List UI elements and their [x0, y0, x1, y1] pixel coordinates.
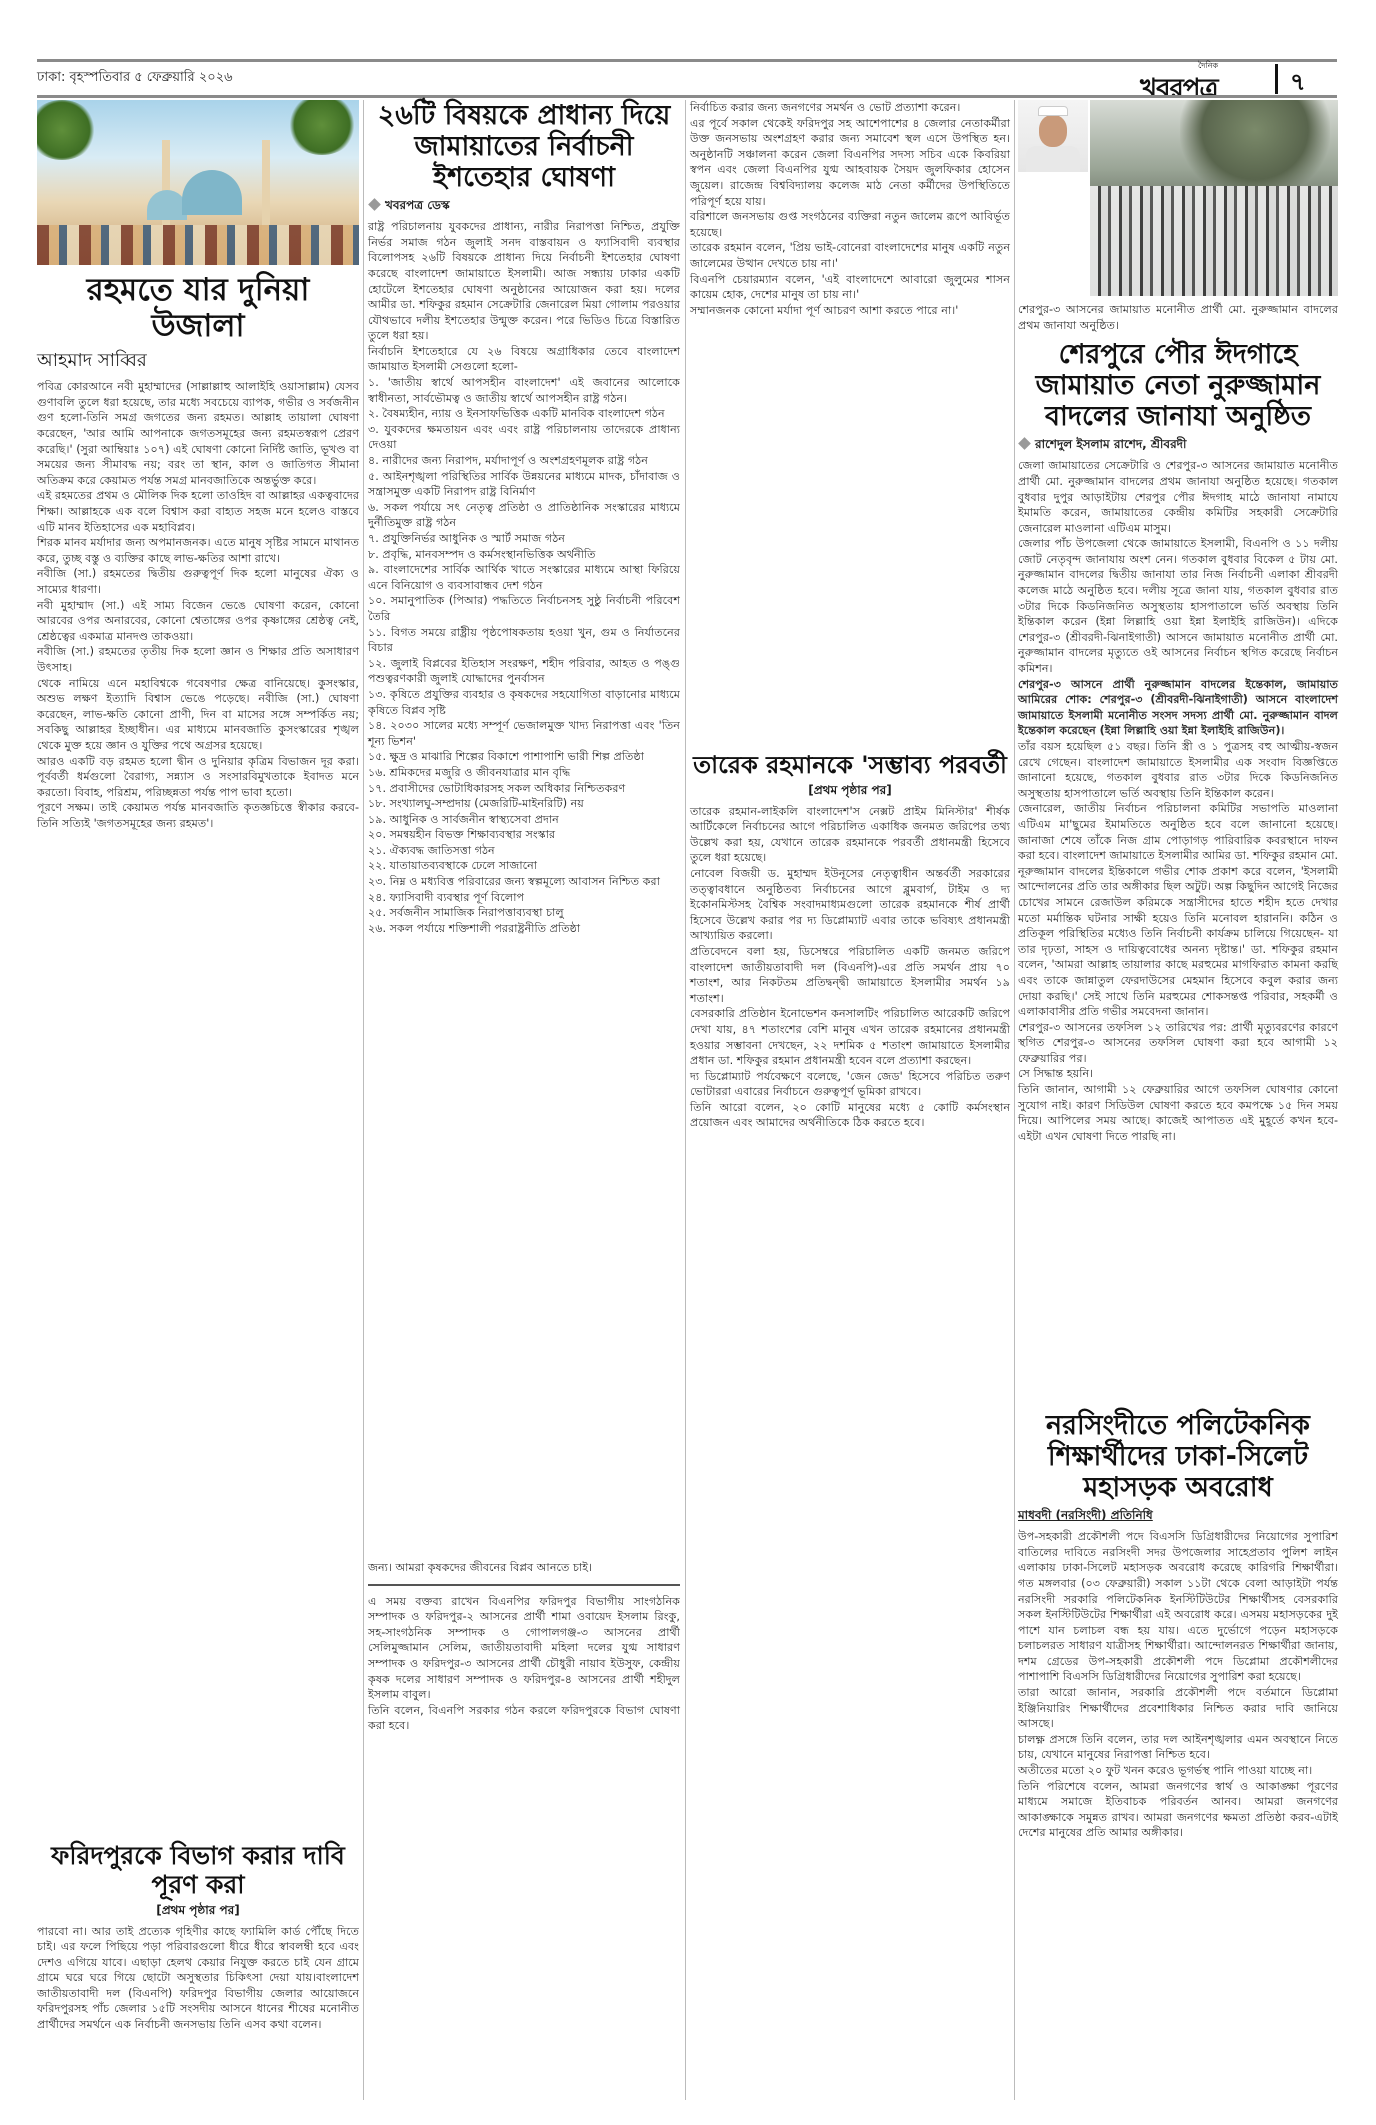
paragraph: তিনি আরো বলেন, ২০ কোটি মানুষের মধ্যে ৫ ক… — [690, 1100, 1010, 1131]
list-item: ২৬. সকল পর্যায়ে শক্তিশালী পররাষ্ট্রনীতি… — [368, 921, 680, 937]
column-divider — [363, 100, 364, 2100]
article-faridpur-continued: জন্য। আমরা কৃষকদের জীবনের বিপ্লব আনতে চা… — [368, 1560, 680, 1734]
page-number: ৭ — [1290, 64, 1306, 104]
paragraph: পবিত্র কোরআনে নবী মুহাম্মাদের (সাল্লাল্ল… — [37, 379, 359, 488]
portrait-photo — [1018, 100, 1088, 172]
paragraph: নবীজি (সা.) রহমতের দ্বিতীয় গুরুত্বপূর্ণ… — [37, 566, 359, 597]
list-item: ২৪. ফ্যাসিবাদী ব্যবস্থার পূর্ণ বিলোপ — [368, 890, 680, 906]
diamond-icon — [1018, 437, 1031, 450]
article-tarique-rahman: তারেক রহমানকে 'সম্ভাব্য পরবর্তী [প্রথম প… — [690, 752, 1010, 1131]
masthead-logo: দৈনিক খবরপত্র — [1140, 64, 1270, 94]
column-divider — [685, 100, 686, 2100]
list-item: ১০. সমানুপাতিক (পিআর) পদ্ধতিতে নির্বাচনস… — [368, 593, 680, 624]
list-item: ৪. নারীদের জন্য নিরাপদ, মর্যাদাপূর্ণ ও অ… — [368, 453, 680, 469]
continued-label: [প্রথম পৃষ্ঠার পর] — [690, 782, 1010, 802]
article-headline: ফরিদপুরকে বিভাগ করার দাবি পূরণ করা — [37, 1842, 359, 1900]
continued-label: [প্রথম পৃষ্ঠার পর] — [37, 1902, 359, 1922]
byline-text: রাশেদুল ইসলাম রাশেদ, শ্রীবরদী — [1035, 437, 1186, 451]
paragraph: নবী মুহাম্মাদ (সা.) এই সাম্য বিজেন ভেঙে … — [37, 598, 359, 645]
masthead-divider — [1275, 64, 1278, 94]
list-item: ১৭. প্রবাসীদের ভোটাধিকারসহ সকল অধিকার নি… — [368, 781, 680, 797]
article-body: উপ-সহকারী প্রকৌশলী পদে বিএসসি ডিগ্রিধারী… — [1018, 1529, 1338, 1841]
article-headline: ২৬টি বিষয়কে প্রাধান্য দিয়ে জামায়াতের … — [368, 100, 680, 193]
paragraph: তারেক রহমান বলেন, 'প্রিয় ভাই-বোনেরা বাং… — [690, 240, 1010, 271]
list-item: ১৬. শ্রমিকদের মজুরি ও জীবনযাত্রার মান বৃ… — [368, 765, 680, 781]
paragraph: থেকে নামিয়ে এনে মহাবিশ্বকে গবেষণার ক্ষে… — [37, 676, 359, 754]
funeral-crowd-photo — [1090, 100, 1338, 296]
paragraph: দ্য ডিপ্লোম্যাট পর্যবেক্ষণে বলেছে, 'জেন … — [690, 1069, 1010, 1100]
article-rahmat: রহমতে যার দুনিয়া উজালা আহমাদ সাব্বির পব… — [37, 100, 359, 832]
paragraph: বেসরকারি প্রতিষ্ঠান ইনোভেশন কনসালটিং পরি… — [690, 1006, 1010, 1068]
article-body: জেলা জামায়াতের সেক্রেটারি ও শেরপুর-৩ আস… — [1018, 458, 1338, 1144]
byline: মাধবদী (নরসিংদী) প্রতিনিধি — [1018, 1507, 1338, 1527]
diamond-icon — [368, 198, 381, 211]
article-sherpur-funeral: শেরপুর-৩ আসনের জামায়াত মনোনীত প্রার্থী … — [1018, 302, 1338, 1144]
paragraph: নবীজি (সা.) রহমতের তৃতীয় দিক হলো জ্ঞান … — [37, 644, 359, 675]
paragraph: উপ-সহকারী প্রকৌশলী পদে বিএসসি ডিগ্রিধারী… — [1018, 1529, 1338, 1685]
list-item: ১৪. ২০৩০ সালের মধ্যে সম্পূর্ণ ভেজালমুক্ত… — [368, 718, 680, 749]
paragraph: তিনি বলেন, বিএনপি সরকার গঠন করলে ফরিদপুর… — [368, 1703, 680, 1734]
paragraph: অতীতের মতো ২০ ফুট খনন করেও ভূগর্ভস্থ পান… — [1018, 1763, 1338, 1779]
paragraph: জন্য। আমরা কৃষকদের জীবনের বিপ্লব আনতে চা… — [368, 1560, 680, 1576]
list-item: ৩. যুবকদের ক্ষমতায়ন এবং এবং রাষ্ট্র পরি… — [368, 422, 680, 453]
article-author: আহমাদ সাব্বির — [37, 346, 359, 377]
photo-caption: শেরপুর-৩ আসনের জামায়াত মনোনীত প্রার্থী … — [1018, 302, 1338, 333]
article-body: জন্য। আমরা কৃষকদের জীবনের বিপ্লব আনতে চা… — [368, 1560, 680, 1576]
article-headline: নরসিংদীতে পলিটেকনিক শিক্ষার্থীদের ঢাকা-স… — [1018, 1410, 1338, 1503]
list-item: ২৩. নিম্ন ও মধ্যবিত্ত পরিবারের জন্য স্বল… — [368, 874, 680, 890]
list-item: ১২. জুলাই বিপ্লবের ইতিহাস সংরক্ষণ, শহীদ … — [368, 656, 680, 687]
paragraph: চালক্ষ্ণ প্রসঙ্গে তিনি বলেন, তার দল আইনশ… — [1018, 1732, 1338, 1763]
list-item: ২. বৈষম্যহীন, ন্যায় ও ইনসাফভিত্তিক একটি… — [368, 406, 680, 422]
list-item: ২১. ঐক্যবদ্ধ জাতিসত্তা গঠন — [368, 843, 680, 859]
paragraph: জেনারেল, জাতীয় নির্বাচন পরিচালনা কমিটির… — [1018, 801, 1338, 1019]
paragraph: নোবেল বিজয়ী ড. মুহাম্মদ ইউনূসের নেতৃত্ব… — [690, 866, 1010, 944]
byline-text: খবরপত্র ডেস্ক — [385, 198, 450, 212]
list-item: ১. 'জাতীয় স্বার্থে আপসহীন বাংলাদেশ' এই … — [368, 375, 680, 406]
list-item: ৯. বাংলাদেশের সার্বিক আর্থিক খাতে সংস্কা… — [368, 562, 680, 593]
paragraph: তিনি পরিশেষে বলেন, আমরা জনগণের স্বার্থ ও… — [1018, 1779, 1338, 1841]
header-rule — [37, 95, 1337, 98]
list-item: ১৯. আধুনিক ও সার্বজনীন স্বাস্থ্যসেবা প্র… — [368, 812, 680, 828]
list-item: ২৫. সর্বজনীন সামাজিক নিরাপত্তাব্যবস্থা চ… — [368, 905, 680, 921]
byline: খবরপত্র ডেস্ক — [368, 197, 680, 217]
paragraph: নির্বাচিত করার জন্য জনগণের সমর্থন ও ভোট … — [690, 100, 1010, 116]
paragraph: তাঁর বয়স হয়েছিল ৫১ বছর। তিনি স্ত্রী ও … — [1018, 739, 1338, 801]
article-body: পারবো না। আর তাই প্রত্যেক গৃহিণীর কাছে ফ… — [37, 1924, 359, 2033]
paragraph: আরও একটি বড় রহমত হলো দ্বীন ও দুনিয়ার ক… — [37, 754, 359, 801]
paragraph: সে সিদ্ধান্ত হয়নি। — [1018, 1066, 1338, 1082]
list-item: ৬. সকল পর্যায়ে সৎ নেতৃত্ব প্রতিষ্ঠা ও প… — [368, 500, 680, 531]
list-item: ৭. প্রযুক্তিনির্ভর আধুনিক ও স্মার্ট সমাজ… — [368, 531, 680, 547]
mosque-illustration-image — [37, 100, 359, 265]
article-body: পবিত্র কোরআনে নবী মুহাম্মাদের (সাল্লাল্ল… — [37, 379, 359, 831]
article-headline: শেরপুরে পৌর ঈদগাহে জামায়াত নেতা নুরুজ্জ… — [1018, 339, 1338, 432]
list-item: ১১. বিগত সময়ে রাষ্ট্রীয় পৃষ্ঠপোষকতায় … — [368, 625, 680, 656]
paragraph: প্রতিবেদনে বলা হয়, ডিসেম্বরে পরিচালিত এ… — [690, 944, 1010, 1006]
list-item: ৮. প্রবৃদ্ধি, মানবসম্পদ ও কর্মসংস্থানভিত… — [368, 547, 680, 563]
section-divider — [368, 1584, 680, 1586]
paragraph: পারবো না। আর তাই প্রত্যেক গৃহিণীর কাছে ফ… — [37, 1924, 359, 2033]
article-body: তারেক রহমান-লাইকলি বাংলাদেশ'স নেক্সট প্র… — [690, 804, 1010, 1131]
article-faridpur: ফরিদপুরকে বিভাগ করার দাবি পূরণ করা [প্রথ… — [37, 1842, 359, 2033]
paragraph: শেরপুর-৩ আসনের তফসিল ১২ তারিখের পর: প্রা… — [1018, 1020, 1338, 1067]
list-item: ১৮. সংখ্যালঘু-সম্প্রদায় (মেজরিটি-মাইনরি… — [368, 796, 680, 812]
paragraph: পূরণে সক্ষম। তাই কেয়ামত পর্যন্ত মানবজাত… — [37, 800, 359, 831]
paragraph: রাষ্ট্র পরিচালনায় যুবকদের প্রাধান্য, না… — [368, 219, 680, 344]
article-jamaat-manifesto: ২৬টি বিষয়কে প্রাধান্য দিয়ে জামায়াতের … — [368, 100, 680, 936]
paragraph: এ সময় বক্তব্য রাখেন বিএনপির ফরিদপুর বিভ… — [368, 1594, 680, 1703]
paragraph: জেলার পাঁচ উপজেলা থেকে জামায়াতে ইসলামী,… — [1018, 536, 1338, 676]
top-rule — [37, 59, 1337, 62]
paragraph: তারেক রহমান-লাইকলি বাংলাদেশ'স নেক্সট প্র… — [690, 804, 1010, 866]
article-body: রাষ্ট্র পরিচালনায় যুবকদের প্রাধান্য, না… — [368, 219, 680, 936]
list-item: ২০. সমন্বয়হীন বিভক্ত শিক্ষাব্যবস্থার সং… — [368, 827, 680, 843]
list-item: ১৩. কৃষিতে প্রযুক্তির ব্যবহার ও কৃষকদের … — [368, 687, 680, 718]
paragraph: বরিশালে জনসভায় গুপ্ত সংগঠনের ব্যক্তিরা … — [690, 209, 1010, 240]
list-item: ২২. যাতায়াতব্যবস্থাকে ঢেলে সাজানো — [368, 858, 680, 874]
byline: রাশেদুল ইসলাম রাশেদ, শ্রীবরদী — [1018, 436, 1338, 456]
paragraph: বিএনপি চেয়ারম্যান বলেন, 'এই বাংলাদেশে আ… — [690, 272, 1010, 303]
paragraph: এই রহমতের প্রথম ও মৌলিক দিক হলো তাওহিদ ব… — [37, 488, 359, 535]
list-item: ১৫. ক্ষুদ্র ও মাঝারি শিল্পের বিকাশে পাশা… — [368, 749, 680, 765]
paragraph: নির্বাচনি ইশতেহারে যে ২৬ বিষয়ে অগ্রাধিক… — [368, 344, 680, 375]
paragraph: তারা আরো জানান, সরকারি প্রকৌশলী পদে বর্ত… — [1018, 1685, 1338, 1732]
list-item: ৫. আইনশৃঙ্খলা পরিস্থিতির সার্বিক উন্নয়ন… — [368, 469, 680, 500]
dateline: ঢাকা: বৃহস্পতিবার ৫ ফেব্রুয়ারি ২০২৬ — [37, 68, 233, 89]
paragraph: এর পূর্বে সকাল থেকেই ফরিদপুর সহ আশেপাশের… — [690, 116, 1010, 210]
paragraph: সম্মানজনক কোনো মর্যাদা পূর্ণ আচরণ আশা কর… — [690, 303, 1010, 319]
article-narsingdi-blockade: নরসিংদীতে পলিটেকনিক শিক্ষার্থীদের ঢাকা-স… — [1018, 1410, 1338, 1841]
paragraph: শেরপুর-৩ আসনে প্রার্থী নুরুজ্জামান বাদলে… — [1018, 677, 1338, 739]
article-headline: তারেক রহমানকে 'সম্ভাব্য পরবর্তী — [690, 752, 1010, 780]
article-body: এ সময় বক্তব্য রাখেন বিএনপির ফরিদপুর বিভ… — [368, 1594, 680, 1734]
paragraph: শিরক মানব মর্যাদার জন্য অপমানজনক। এতে মা… — [37, 535, 359, 566]
article-headline: রহমতে যার দুনিয়া উজালা — [37, 273, 359, 344]
paragraph: তিনি জানান, আগামী ১২ ফেব্রুয়ারির আগে তফ… — [1018, 1082, 1338, 1144]
article-bnp-rally: নির্বাচিত করার জন্য জনগণের সমর্থন ও ভোট … — [690, 100, 1010, 318]
paragraph: জেলা জামায়াতের সেক্রেটারি ও শেরপুর-৩ আস… — [1018, 458, 1338, 536]
column-divider — [1014, 100, 1015, 2100]
article-body: নির্বাচিত করার জন্য জনগণের সমর্থন ও ভোট … — [690, 100, 1010, 318]
